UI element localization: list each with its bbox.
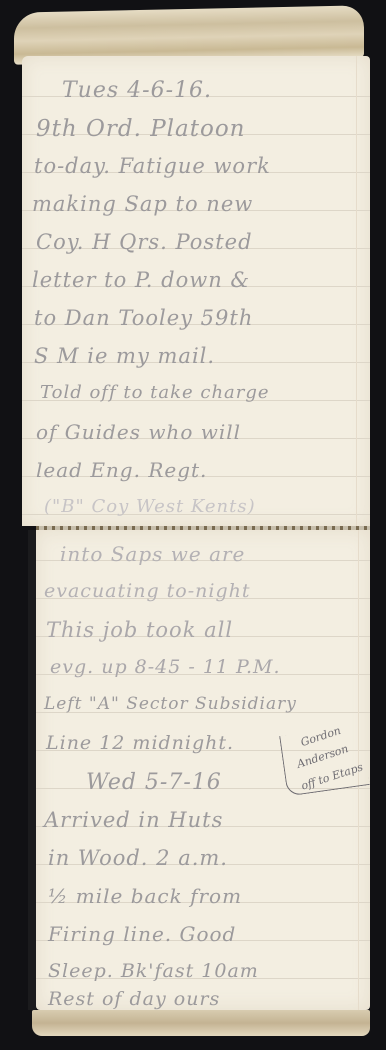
- diary-line: Sleep. Bk'fast 10am: [48, 960, 259, 982]
- diary-line: Wed 5-7-16: [86, 770, 222, 795]
- diary-line: evg. up 8-45 - 11 P.M.: [50, 656, 281, 678]
- diary-line: Left "A" Sector Subsidiary: [44, 694, 297, 714]
- diary-line: This job took all: [46, 618, 233, 642]
- diary-line: letter to P. down &: [32, 268, 250, 292]
- diary-line: Firing line. Good: [48, 922, 236, 946]
- diary-line: of Guides who will: [36, 420, 241, 444]
- diary-line: ½ mile back from: [48, 884, 242, 908]
- diary-line: ("B" Coy West Kents): [44, 496, 256, 517]
- diary-line: Coy. H Qrs. Posted: [36, 230, 253, 254]
- diary-line: 9th Ord. Platoon: [36, 116, 246, 142]
- diary-line: making Sap to new: [32, 192, 253, 216]
- notebook: Tues 4-6-16. 9th Ord. Platoon to-day. Fa…: [0, 0, 386, 1050]
- page-edges-bottom: [32, 1010, 370, 1036]
- top-page: Tues 4-6-16. 9th Ord. Platoon to-day. Fa…: [22, 56, 370, 526]
- diary-line: Rest of day ours: [48, 988, 220, 1010]
- diary-line: into Saps we are: [60, 542, 245, 566]
- diary-line: Tues 4-6-16.: [62, 78, 212, 103]
- diary-line: Told off to take charge: [40, 382, 270, 403]
- diary-line: Line 12 midnight.: [46, 732, 234, 754]
- page-shadow: [28, 530, 36, 1010]
- diary-line: to Dan Tooley 59th: [34, 306, 253, 330]
- diary-line: S M ie my mail.: [34, 344, 215, 368]
- diary-line: evacuating to-night: [44, 580, 251, 602]
- diary-line: in Wood. 2 a.m.: [48, 846, 228, 870]
- diary-line: to-day. Fatigue work: [34, 154, 271, 178]
- diary-line: lead Eng. Regt.: [36, 458, 207, 482]
- diary-line: Arrived in Huts: [44, 808, 223, 832]
